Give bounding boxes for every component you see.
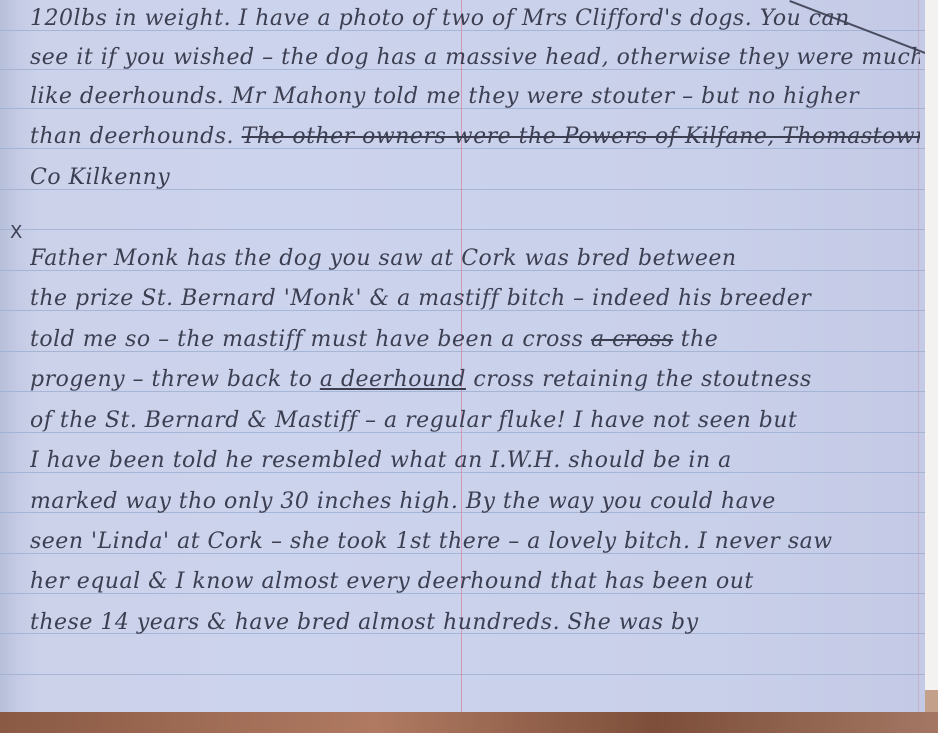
handwritten-line: than deerhounds. The other owners were t… xyxy=(30,122,920,152)
handwritten-line: seen 'Linda' at Cork – she took 1st ther… xyxy=(30,527,920,557)
line-text: Father Monk has the dog you saw at Cork … xyxy=(30,246,737,271)
notebook-page: X 120lbs in weight. I have a photo of tw… xyxy=(0,0,925,712)
line-text: Co Kilkenny xyxy=(30,165,170,190)
line-text: the xyxy=(673,327,718,352)
line-text: like deerhounds. Mr Mahony told me they … xyxy=(30,84,859,109)
handwritten-line: 120lbs in weight. I have a photo of two … xyxy=(30,4,920,34)
line-text: of the St. Bernard & Mastiff – a regular… xyxy=(30,408,797,433)
line-text: I have been told he resembled what an I.… xyxy=(30,448,732,473)
margin-x-mark: X xyxy=(10,222,22,243)
line-text: told me so – the mastiff must have been … xyxy=(30,327,591,352)
handwritten-line: I have been told he resembled what an I.… xyxy=(30,446,920,476)
handwritten-line: Father Monk has the dog you saw at Cork … xyxy=(30,244,920,274)
line-text: 120lbs in weight. I have a photo of two … xyxy=(30,6,850,31)
handwritten-line: see it if you wished – the dog has a mas… xyxy=(30,43,920,73)
line-text: than deerhounds. xyxy=(30,124,242,149)
handwritten-line: marked way tho only 30 inches high. By t… xyxy=(30,487,920,517)
struck-text: a cross xyxy=(591,327,673,352)
book-binding-edge xyxy=(0,712,938,733)
page-corner xyxy=(925,690,938,712)
line-text: the prize St. Bernard 'Monk' & a mastiff… xyxy=(30,286,811,311)
handwritten-line: Co Kilkenny xyxy=(30,163,920,193)
handwritten-line: these 14 years & have bred almost hundre… xyxy=(30,608,920,638)
page-edge-right xyxy=(925,0,938,690)
line-text: progeny – threw back to xyxy=(30,367,320,392)
struck-text: The other owners were the Powers of Kilf… xyxy=(242,124,920,149)
handwritten-line: told me so – the mastiff must have been … xyxy=(30,325,920,355)
line-text: these 14 years & have bred almost hundre… xyxy=(30,610,699,635)
line-text: marked way tho only 30 inches high. By t… xyxy=(30,489,776,514)
underlined-text: a deerhound xyxy=(320,367,466,392)
line-text: her equal & I know almost every deerhoun… xyxy=(30,569,754,594)
handwritten-line: the prize St. Bernard 'Monk' & a mastiff… xyxy=(30,284,920,314)
line-text: cross retaining the stoutness xyxy=(466,367,812,392)
rule-line xyxy=(0,229,925,230)
line-text: see it if you wished – the dog has a mas… xyxy=(30,45,920,70)
handwritten-line: like deerhounds. Mr Mahony told me they … xyxy=(30,82,920,112)
handwritten-line: progeny – threw back to a deerhound cros… xyxy=(30,365,920,395)
rule-line xyxy=(0,674,925,675)
handwritten-line: her equal & I know almost every deerhoun… xyxy=(30,567,920,597)
line-text: seen 'Linda' at Cork – she took 1st ther… xyxy=(30,529,833,554)
handwritten-line: of the St. Bernard & Mastiff – a regular… xyxy=(30,406,920,436)
